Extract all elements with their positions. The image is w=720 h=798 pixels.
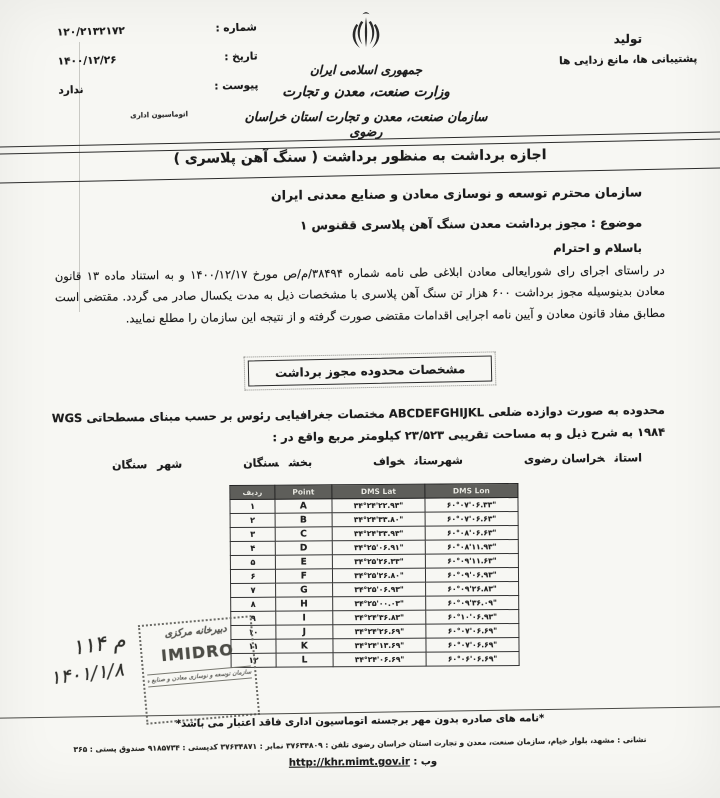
table-cell: ۳۴°۲۵'۰۶.۹۱"	[332, 540, 425, 555]
handwritten-date: ۱۴۰۱/۱/۸	[49, 659, 125, 690]
letter-meta-block: شماره : ۱۲۰/۲۱۳۲۱۷۲ تاریخ : ۱۴۰۰/۱۲/۲۶ پ…	[57, 21, 259, 121]
imidro-logo: IMIDRO	[145, 639, 250, 667]
table-cell: ۳۴°۲۵'۰۰.۰۳"	[333, 596, 426, 611]
location-label: شهرستان	[414, 454, 463, 468]
table-cell: D	[275, 541, 332, 555]
location-label: شهر	[157, 458, 182, 471]
table-cell: ۷	[231, 583, 276, 597]
addressee-line: سازمان محترم توسعه و نوسازی معادن و صنای…	[271, 184, 642, 202]
location-value: سنگان	[112, 458, 147, 471]
salutation-line: باسلام و احترام	[553, 241, 642, 255]
table-cell: ۶۰°۰۷'۰۶.۶۹"	[426, 623, 519, 638]
table-cell: ۶۰°۰۹'۳۶.۰۹"	[426, 595, 519, 610]
table-row: ۱۲L۳۴°۲۴'۰۶.۶۹"۶۰°۰۶'۰۶.۶۹"	[231, 651, 519, 667]
table-column-header: DMS Lat	[332, 484, 425, 499]
table-cell: ۳۴°۲۴'۱۳.۶۹"	[333, 638, 426, 653]
table-cell: ۳۴°۲۵'۰۶.۹۳"	[333, 582, 426, 597]
title-bottom-rule	[0, 167, 720, 183]
web-label: وب :	[413, 756, 437, 767]
location-pair: شهرستانخواف	[373, 454, 463, 468]
table-cell: ۶۰°۰۷'۰۶.۳۳"	[425, 497, 518, 512]
letter-number-row: شماره : ۱۲۰/۲۱۳۲۱۷۲	[57, 21, 257, 38]
table-cell: ۳۴°۲۴'۳۳.۸۰"	[332, 512, 425, 527]
table-cell: ۱	[230, 499, 275, 513]
table-cell: ۶۰°۰۹'۲۶.۸۳"	[426, 581, 519, 596]
stamp-secretariat-label: دبیرخانه مرکزی	[143, 622, 248, 642]
iran-emblem-icon	[348, 8, 384, 58]
attachment-value: ندارد	[58, 84, 83, 97]
boundary-box-title: مشخصات محدوده مجوز برداشت	[248, 355, 493, 386]
table-cell: L	[276, 653, 333, 667]
handwritten-number: م ۱۱۴	[70, 628, 127, 660]
table-cell: ۶۰°۰۷'۰۶.۶۹"	[426, 637, 519, 652]
table-cell: ۳۴°۲۴'۲۲.۹۳"	[332, 498, 425, 513]
scanned-letter-page: شماره : ۱۲۰/۲۱۳۲۱۷۲ تاریخ : ۱۴۰۰/۱۲/۲۶ پ…	[0, 0, 720, 798]
letter-attachment-row: پیوست : ندارد	[58, 79, 258, 96]
table-cell: I	[276, 611, 333, 625]
table-cell: ۳۴°۲۴'۰۶.۶۹"	[333, 652, 426, 667]
location-label: بخش	[289, 456, 312, 469]
web-row: وب : http://khr.mimt.gov.ir	[0, 753, 720, 772]
table-cell: ۳۴°۲۴'۲۶.۶۹"	[333, 624, 426, 639]
location-value: خراسان رضوی	[524, 452, 605, 466]
letterhead-center: جمهوری اسلامی ایران وزارت صنعت، معدن و ت…	[238, 8, 494, 139]
table-cell: ۶۰°۰۹'۱۱.۶۳"	[425, 553, 518, 568]
table-cell: ۴	[230, 541, 275, 555]
table-cell: ۶۰°۰۸'۱۱.۹۳"	[425, 539, 518, 554]
table-cell: A	[275, 499, 332, 513]
subject-line: موضوع : مجوز برداشت معدن سنگ آهن پلاسری …	[300, 216, 642, 233]
table-cell: ۶۰°۰۷'۰۶.۶۳"	[425, 511, 518, 526]
address-line: نشانی : مشهد، بلوار خیام، سازمان صنعت، م…	[0, 734, 720, 756]
date-value: ۱۴۰۰/۱۲/۲۶	[58, 54, 117, 68]
location-pair: استانخراسان رضوی	[524, 451, 642, 466]
table-cell: H	[276, 597, 333, 611]
table-column-header: Point	[275, 485, 332, 499]
coordinates-table-wrap: ردیفPointDMS LatDMS Lon ۱A۳۴°۲۴'۲۲.۹۳"۶۰…	[229, 483, 519, 668]
boundary-description: محدوده به صورت دوازده ضلعی ABCDEFGHIJKL …	[52, 400, 666, 452]
table-cell: C	[275, 527, 332, 541]
table-cell: ۶۰°۰۶'۰۶.۶۹"	[426, 651, 519, 666]
location-row: استانخراسان رضویشهرستانخوافبخشسنگانشهرسن…	[112, 451, 642, 471]
table-cell: G	[276, 583, 333, 597]
table-cell: ۳۴°۲۵'۲۶.۳۳"	[332, 554, 425, 569]
organization-name: سازمان صنعت، معدن و تجارت استان خراسان ر…	[238, 109, 494, 139]
table-column-header: DMS Lon	[425, 483, 518, 498]
table-cell: K	[276, 639, 333, 653]
imidro-stamp: دبیرخانه مرکزی IMIDRO سازمان توسعه و نوس…	[138, 615, 260, 725]
location-label: استان	[615, 451, 643, 464]
table-cell: ۳۴°۲۴'۳۳.۹۳"	[332, 526, 425, 541]
location-value: سنگان	[243, 456, 279, 469]
table-cell: J	[276, 625, 333, 639]
table-column-header: ردیف	[230, 485, 275, 499]
ministry-name: وزارت صنعت، معدن و تجارت	[238, 84, 494, 100]
table-cell: ۵	[230, 555, 275, 569]
document-title: اجازه برداشت به منظور برداشت ( سنگ آهن پ…	[0, 145, 720, 169]
slogan-line-2: پشتیبانی ها، مانع زدایی ها	[540, 52, 716, 67]
slogan-line-1: تولید	[540, 30, 716, 47]
table-cell: F	[275, 569, 332, 583]
location-pair: بخشسنگان	[243, 456, 312, 470]
table-cell: ۸	[231, 597, 276, 611]
table-cell: ۳۴°۲۴'۳۶.۸۳"	[333, 610, 426, 625]
table-cell: ۲	[230, 513, 275, 527]
automation-note: اتوماسیون اداری	[59, 108, 259, 121]
number-value: ۱۲۰/۲۱۳۲۱۷۲	[57, 25, 125, 39]
table-cell: ۶۰°۰۹'۰۶.۹۳"	[425, 567, 518, 582]
table-cell: ۶	[230, 569, 275, 583]
year-slogan-block: تولید پشتیبانی ها، مانع زدایی ها	[540, 30, 717, 67]
location-value: خواف	[373, 455, 405, 468]
table-cell: ۶۰°۱۰'۰۶.۹۳"	[426, 609, 519, 624]
table-cell: ۶۰°۰۸'۰۶.۶۳"	[425, 525, 518, 540]
stamp-org-line: سازمان توسعه و نوسازی معادن و صنایع معدن…	[147, 665, 252, 687]
website-url: http://khr.mimt.gov.ir	[289, 756, 410, 768]
location-pair: شهرسنگان	[112, 458, 182, 472]
validity-note: *نامه های صادره بدون مهر برجسته اتوماسیو…	[0, 710, 720, 732]
coordinates-table: ردیفPointDMS LatDMS Lon ۱A۳۴°۲۴'۲۲.۹۳"۶۰…	[229, 483, 519, 668]
table-cell: ۳	[230, 527, 275, 541]
table-cell: ۳۴°۲۵'۲۶.۸۰"	[332, 568, 425, 583]
country-name: جمهوری اسلامی ایران	[238, 63, 494, 77]
table-cell: B	[275, 513, 332, 527]
letter-date-row: تاریخ : ۱۴۰۰/۱۲/۲۶	[58, 50, 258, 67]
letter-body: در راستای اجرای رای شورایعالی معادن ابلا…	[55, 260, 666, 330]
table-cell: E	[275, 555, 332, 569]
